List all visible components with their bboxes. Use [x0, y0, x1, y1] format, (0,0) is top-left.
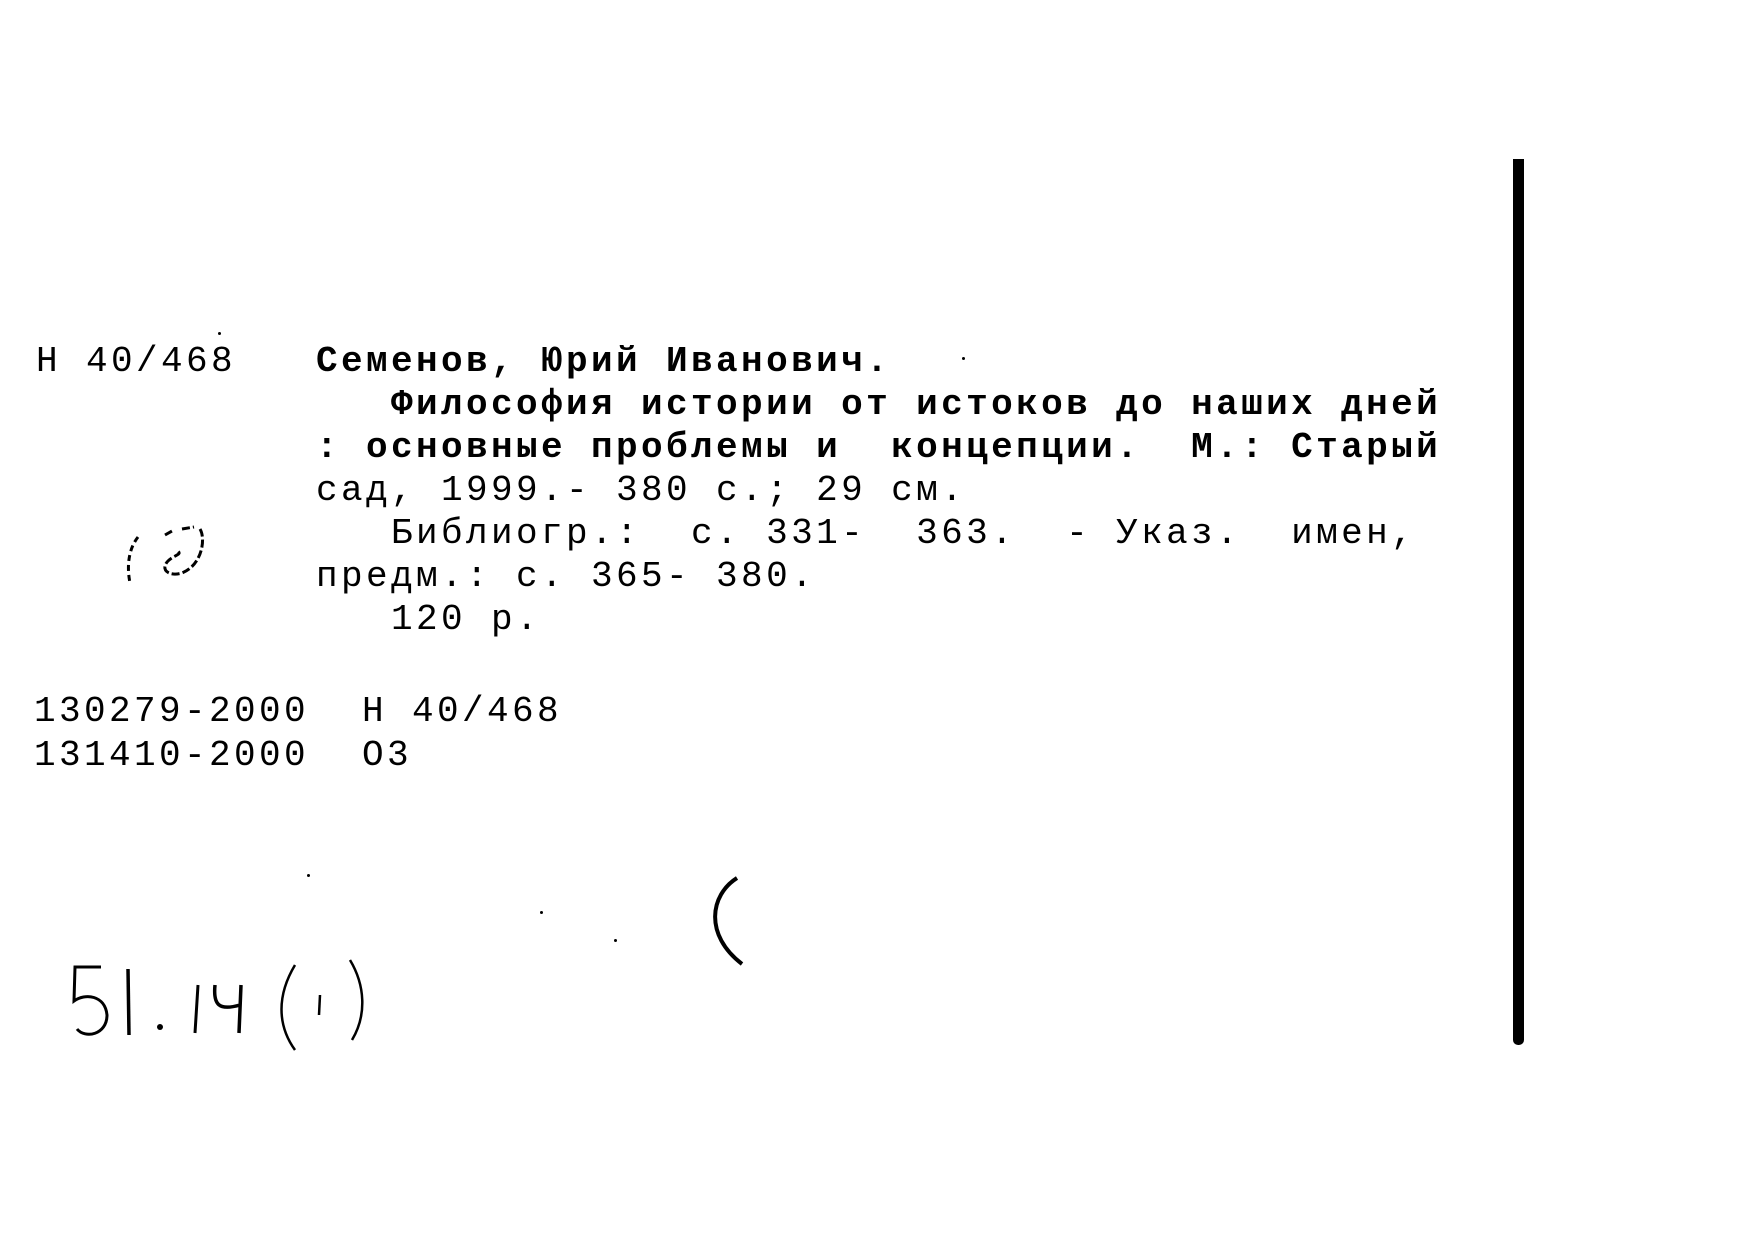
inventory-location: Н 40/468	[362, 690, 562, 733]
handwritten-classification	[65, 955, 385, 1055]
speck	[540, 911, 543, 914]
speck	[307, 874, 310, 877]
author-heading: Семенов, Юрий Иванович.	[316, 340, 891, 383]
handwritten-paren	[700, 870, 750, 970]
imprint-line: сад, 1999.- 380 с.; 29 см.	[316, 469, 966, 512]
shelf-mark: Н 40/468	[36, 340, 236, 383]
speck	[218, 332, 221, 335]
speck	[614, 939, 617, 942]
notes-line-continued: предм.: с. 365- 380.	[316, 555, 816, 598]
handwritten-mark	[120, 525, 220, 595]
price-line: 120 р.	[316, 598, 541, 641]
inventory-number: 130279-2000	[34, 690, 309, 733]
inventory-number: 131410-2000	[34, 734, 309, 777]
speck	[962, 357, 965, 360]
card-edge-bar	[1513, 159, 1524, 1045]
subtitle-line: : основные проблемы и концепции. М.: Ста…	[316, 426, 1441, 469]
notes-line: Библиогр.: с. 331- 363. - Указ. имен,	[316, 512, 1416, 555]
title-line: Философия истории от истоков до наших дн…	[316, 383, 1441, 426]
inventory-location: О3	[362, 734, 412, 777]
